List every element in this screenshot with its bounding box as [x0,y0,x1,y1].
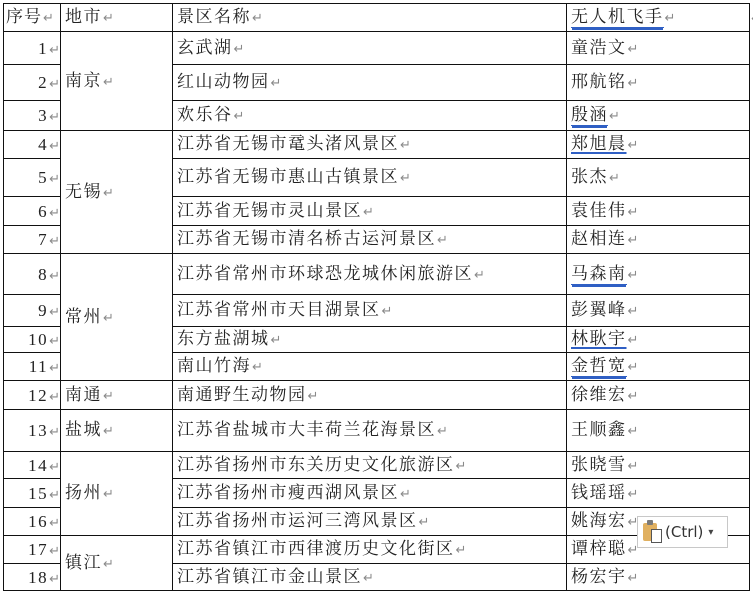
cell-scenic[interactable]: 江苏省扬州市运河三湾风景区↵ [173,508,567,536]
cell-scenic[interactable]: 江苏省无锡市鼋头渚风景区↵ [173,131,567,159]
cell-city-wuxi[interactable]: 无锡↵ [61,131,173,254]
paragraph-mark-icon: ↵ [628,487,639,502]
cell-scenic[interactable]: 江苏省无锡市灵山景区↵ [173,197,567,226]
cell-scenic[interactable]: 江苏省镇江市金山景区↵ [173,564,567,591]
table-row: 1↵ 南京↵ 玄武湖↵ 童浩文↵ [4,32,750,65]
cell-pilot[interactable]: 金哲宽↵ [567,353,750,381]
cell-pilot[interactable]: 赵相连↵ [567,226,750,254]
cell-pilot[interactable]: 杨宏宇↵ [567,564,750,591]
paragraph-mark-icon: ↵ [628,459,639,474]
paragraph-mark-icon: ↵ [628,76,639,91]
paragraph-mark-icon: ↵ [49,110,60,125]
paragraph-mark-icon: ↵ [103,389,114,404]
cell-num[interactable]: 13↵ [4,410,61,452]
paragraph-mark-icon: ↵ [437,424,448,439]
paragraph-mark-icon: ↵ [103,487,114,502]
paste-options-button[interactable]: (Ctrl) ▾ [637,516,728,548]
cell-scenic[interactable]: 江苏省无锡市清名桥古运河景区↵ [173,226,567,254]
cell-num[interactable]: 17↵ [4,536,61,564]
paragraph-mark-icon: ↵ [308,389,319,404]
header-scenic[interactable]: 景区名称↵ [173,4,567,32]
paragraph-mark-icon: ↵ [437,233,448,248]
paragraph-mark-icon: ↵ [628,268,639,283]
cell-scenic[interactable]: 红山动物园↵ [173,65,567,101]
paragraph-mark-icon: ↵ [419,515,430,530]
paragraph-mark-icon: ↵ [103,557,114,572]
cell-scenic[interactable]: 玄武湖↵ [173,32,567,65]
cell-pilot[interactable]: 张晓雪↵ [567,452,750,479]
cell-scenic[interactable]: 江苏省无锡市惠山古镇景区↵ [173,159,567,197]
cell-pilot[interactable]: 林耿宇↵ [567,327,750,353]
paragraph-mark-icon: ↵ [363,205,374,220]
cell-num[interactable]: 12↵ [4,381,61,410]
cell-pilot[interactable]: 邢航铭↵ [567,65,750,101]
table-row: 14↵ 扬州↵ 江苏省扬州市东关历史文化旅游区↵ 张晓雪↵ [4,452,750,479]
table-row: 13↵ 盐城↵ 江苏省盐城市大丰荷兰花海景区↵ 王顺鑫↵ [4,410,750,452]
cell-pilot[interactable]: 马森南↵ [567,254,750,295]
paragraph-mark-icon: ↵ [49,43,60,58]
paragraph-mark-icon: ↵ [49,460,60,475]
paragraph-mark-icon: ↵ [628,205,639,220]
paragraph-mark-icon: ↵ [49,234,60,249]
paragraph-mark-icon: ↵ [49,572,60,587]
cell-city-yancheng[interactable]: 盐城↵ [61,410,173,452]
paragraph-mark-icon: ↵ [234,109,245,124]
cell-num[interactable]: 15↵ [4,479,61,508]
cell-pilot[interactable]: 童浩文↵ [567,32,750,65]
paragraph-mark-icon: ↵ [628,389,639,404]
clipboard-icon [643,520,663,544]
paragraph-mark-icon: ↵ [103,186,114,201]
paste-options-label: (Ctrl) [665,523,703,541]
cell-city-zhenjiang[interactable]: 镇江↵ [61,536,173,591]
cell-num[interactable]: 9↵ [4,295,61,327]
paragraph-mark-icon: ↵ [271,76,282,91]
cell-num[interactable]: 8↵ [4,254,61,295]
cell-scenic[interactable]: 南山竹海↵ [173,353,567,381]
paragraph-mark-icon: ↵ [49,425,60,440]
paragraph-mark-icon: ↵ [49,269,60,284]
paragraph-mark-icon: ↵ [628,360,639,375]
paragraph-mark-icon: ↵ [49,172,60,187]
paragraph-mark-icon: ↵ [49,361,60,376]
cell-scenic[interactable]: 江苏省扬州市东关历史文化旅游区↵ [173,452,567,479]
paragraph-mark-icon: ↵ [49,139,60,154]
cell-city-yangzhou[interactable]: 扬州↵ [61,452,173,536]
cell-city-changzhou[interactable]: 常州↵ [61,254,173,381]
paragraph-mark-icon: ↵ [252,11,263,26]
paragraph-mark-icon: ↵ [49,544,60,559]
cell-num[interactable]: 14↵ [4,452,61,479]
cell-scenic[interactable]: 江苏省镇江市西律渡历史文化街区↵ [173,536,567,564]
paragraph-mark-icon: ↵ [665,11,676,26]
paragraph-mark-icon: ↵ [628,424,639,439]
cell-num[interactable]: 4↵ [4,131,61,159]
cell-num[interactable]: 11↵ [4,353,61,381]
cell-num[interactable]: 10↵ [4,327,61,353]
cell-num[interactable]: 3↵ [4,101,61,131]
cell-pilot[interactable]: 郑旭晨↵ [567,131,750,159]
table-row: 4↵ 无锡↵ 江苏省无锡市鼋头渚风景区↵ 郑旭晨↵ [4,131,750,159]
paragraph-mark-icon: ↵ [49,334,60,349]
chevron-down-icon: ▾ [708,527,713,538]
paragraph-mark-icon: ↵ [49,390,60,405]
cell-city-nantong[interactable]: 南通↵ [61,381,173,410]
paragraph-mark-icon: ↵ [456,459,467,474]
paragraph-mark-icon: ↵ [474,268,485,283]
paragraph-mark-icon: ↵ [234,42,245,57]
paragraph-mark-icon: ↵ [49,305,60,320]
table-header-row: 序号↵ 地市↵ 景区名称↵ 无人机飞手↵ [4,4,750,32]
paragraph-mark-icon: ↵ [628,138,639,153]
paragraph-mark-icon: ↵ [49,488,60,503]
cell-pilot[interactable]: 徐维宏↵ [567,381,750,410]
table-row: 8↵ 常州↵ 江苏省常州市环球恐龙城休闲旅游区↵ 马森南↵ [4,254,750,295]
paragraph-mark-icon: ↵ [609,171,620,186]
paragraph-mark-icon: ↵ [628,304,639,319]
paragraph-mark-icon: ↵ [271,333,282,348]
cell-scenic[interactable]: 江苏省盐城市大丰荷兰花海景区↵ [173,410,567,452]
paragraph-mark-icon: ↵ [456,543,467,558]
paragraph-mark-icon: ↵ [400,171,411,186]
cell-scenic[interactable]: 江苏省扬州市瘦西湖风景区↵ [173,479,567,508]
cell-city-nanjing[interactable]: 南京↵ [61,32,173,131]
cell-pilot[interactable]: 张杰↵ [567,159,750,197]
cell-num[interactable]: 7↵ [4,226,61,254]
header-city[interactable]: 地市↵ [61,4,173,32]
paragraph-mark-icon: ↵ [363,571,374,586]
paragraph-mark-icon: ↵ [103,311,114,326]
paragraph-mark-icon: ↵ [103,11,114,26]
table-row: 12↵ 南通↵ 南通野生动物园↵ 徐维宏↵ [4,381,750,410]
paragraph-mark-icon: ↵ [628,233,639,248]
paragraph-mark-icon: ↵ [103,75,114,90]
paragraph-mark-icon: ↵ [609,109,620,124]
cell-pilot[interactable]: 钱瑶瑶↵ [567,479,750,508]
paragraph-mark-icon: ↵ [628,42,639,57]
cell-num[interactable]: 1↵ [4,32,61,65]
paragraph-mark-icon: ↵ [103,424,114,439]
header-pilot[interactable]: 无人机飞手↵ [567,4,750,32]
paragraph-mark-icon: ↵ [49,206,60,221]
paragraph-mark-icon: ↵ [400,487,411,502]
cell-scenic[interactable]: 东方盐湖城↵ [173,327,567,353]
cell-pilot[interactable]: 彭翼峰↵ [567,295,750,327]
paragraph-mark-icon: ↵ [49,516,60,531]
cell-num[interactable]: 6↵ [4,197,61,226]
cell-scenic[interactable]: 欢乐谷↵ [173,101,567,131]
paragraph-mark-icon: ↵ [49,77,60,92]
paragraph-mark-icon: ↵ [628,571,639,586]
scenic-pilot-table: 序号↵ 地市↵ 景区名称↵ 无人机飞手↵ 1↵ 南京↵ 玄武湖↵ 童浩文↵ 2↵… [3,3,750,591]
paragraph-mark-icon: ↵ [400,138,411,153]
paragraph-mark-icon: ↵ [43,11,54,26]
paragraph-mark-icon: ↵ [628,333,639,348]
paragraph-mark-icon: ↵ [382,304,393,319]
cell-scenic[interactable]: 江苏省常州市环球恐龙城休闲旅游区↵ [173,254,567,295]
cell-pilot[interactable]: 殷涵↵ [567,101,750,131]
cell-scenic[interactable]: 南通野生动物园↵ [173,381,567,410]
cell-pilot[interactable]: 王顺鑫↵ [567,410,750,452]
paragraph-mark-icon: ↵ [252,360,263,375]
cell-pilot[interactable]: 袁佳伟↵ [567,197,750,226]
cell-num[interactable]: 18↵ [4,564,61,591]
word-document-page: 序号↵ 地市↵ 景区名称↵ 无人机飞手↵ 1↵ 南京↵ 玄武湖↵ 童浩文↵ 2↵… [0,0,753,597]
cell-num[interactable]: 5↵ [4,159,61,197]
cell-scenic[interactable]: 江苏省常州市天目湖景区↵ [173,295,567,327]
header-num[interactable]: 序号↵ [4,4,61,32]
cell-num[interactable]: 16↵ [4,508,61,536]
cell-num[interactable]: 2↵ [4,65,61,101]
